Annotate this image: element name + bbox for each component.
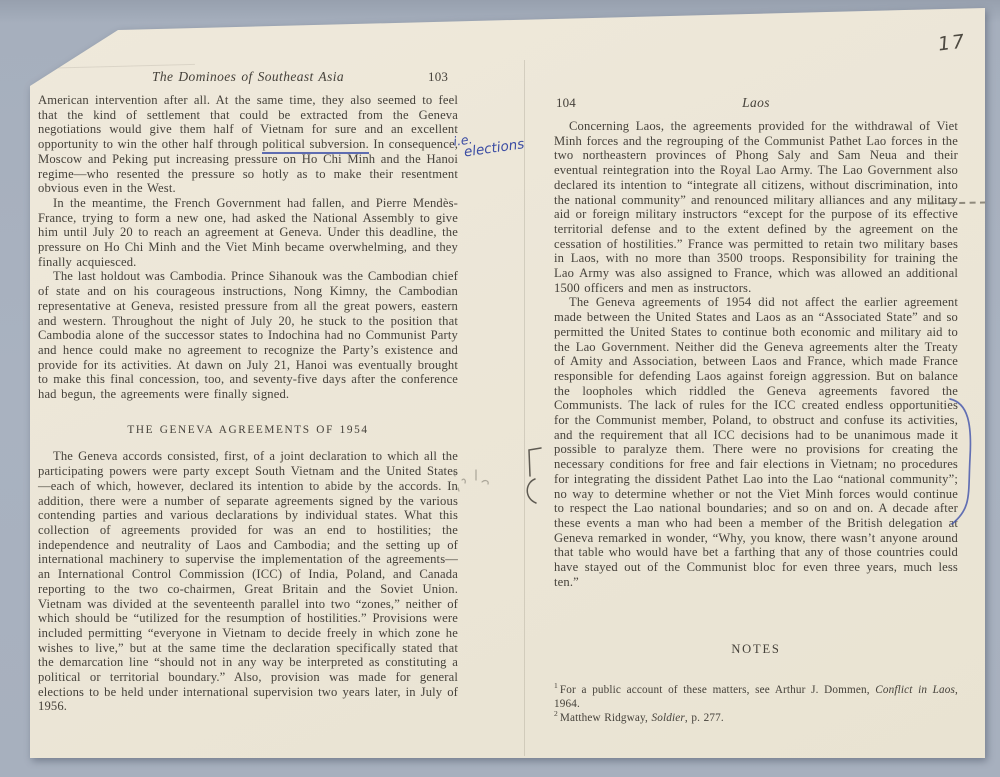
footnote-text: Matthew Ridgway, bbox=[560, 712, 652, 724]
footnotes: 1For a public account of these matters, … bbox=[554, 684, 958, 727]
scan-backdrop: The Dominoes of Southeast Asia 103 Ameri… bbox=[0, 0, 1000, 777]
right-page-number: 104 bbox=[556, 94, 576, 111]
left-page-column: The Dominoes of Southeast Asia 103 Ameri… bbox=[38, 68, 458, 714]
ink-margin-bracket bbox=[946, 396, 982, 528]
pencil-bracket bbox=[522, 446, 546, 508]
paragraph: American intervention after all. At the … bbox=[38, 93, 458, 196]
notes-heading: NOTES bbox=[554, 642, 958, 657]
page-seam-line bbox=[524, 60, 525, 756]
footnote-marker: 1 bbox=[554, 681, 558, 690]
paragraph: Concerning Laos, the agreements provided… bbox=[554, 119, 958, 295]
left-running-head-title: The Dominoes of Southeast Asia bbox=[152, 69, 344, 84]
left-page-number: 103 bbox=[428, 68, 448, 85]
footnote-text: , p. 277. bbox=[685, 712, 724, 724]
right-page-column: 104 Laos Concerning Laos, the agreements… bbox=[554, 94, 958, 754]
footnote-book-title: Conflict in Laos bbox=[875, 684, 955, 696]
section-heading: THE GENEVA AGREEMENTS OF 1954 bbox=[38, 423, 458, 438]
paragraph: The Geneva accords consisted, first, of … bbox=[38, 449, 458, 714]
paragraph: The last holdout was Cambodia. Prince Si… bbox=[38, 269, 458, 401]
paragraph: The Geneva agreements of 1954 did not af… bbox=[554, 295, 958, 589]
footnote: 1For a public account of these matters, … bbox=[554, 684, 958, 711]
footnote-marker: 2 bbox=[554, 709, 558, 718]
paragraph: In the meantime, the French Government h… bbox=[38, 196, 458, 270]
footnote-book-title: Soldier bbox=[651, 712, 684, 724]
handwritten-page-number: 17 bbox=[937, 30, 968, 55]
footnote: 2Matthew Ridgway, Soldier, p. 277. bbox=[554, 712, 958, 726]
handwritten-margin-note: i.e. elections bbox=[453, 125, 526, 160]
right-running-head-title: Laos bbox=[742, 95, 770, 110]
book-page-scan: The Dominoes of Southeast Asia 103 Ameri… bbox=[30, 6, 985, 758]
smudge-marks bbox=[448, 464, 508, 500]
right-running-head: 104 Laos bbox=[554, 94, 958, 111]
footnote-text: For a public account of these matters, s… bbox=[560, 684, 875, 696]
left-running-head: The Dominoes of Southeast Asia 103 bbox=[38, 68, 458, 85]
